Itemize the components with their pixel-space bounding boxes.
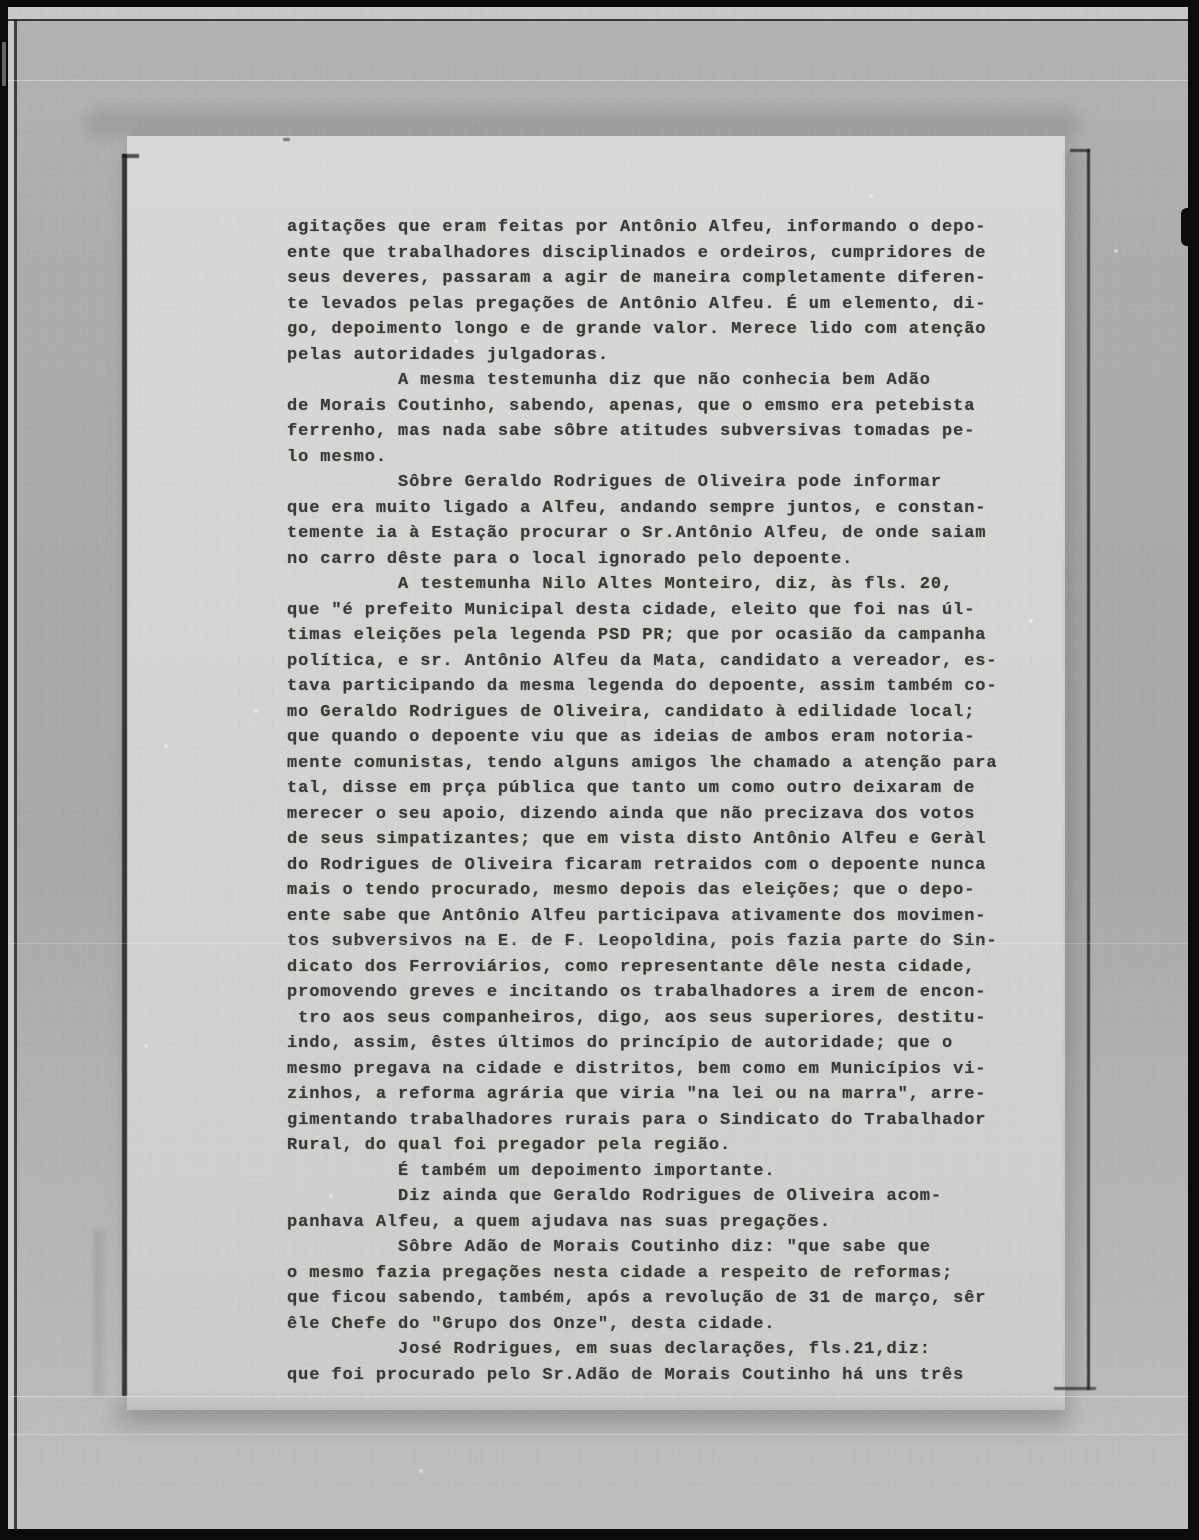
backsheet-corner-bottom-right bbox=[1054, 1387, 1096, 1390]
film-scratch bbox=[0, 943, 1199, 944]
ink-speck bbox=[283, 138, 290, 141]
backsheet-shadow-left bbox=[93, 1230, 105, 1396]
film-scratch bbox=[0, 1396, 1199, 1397]
document-text: agitações que eram feitas por Antônio Al… bbox=[287, 215, 998, 1388]
film-edge-left bbox=[0, 0, 8, 1540]
backsheet-shadow-right bbox=[1065, 150, 1087, 1390]
film-scratch bbox=[0, 1434, 1199, 1435]
page-top-shadow bbox=[86, 110, 1081, 138]
film-edge-top bbox=[0, 0, 1199, 7]
film-edge-blemish bbox=[1181, 208, 1199, 246]
backsheet-edge-left bbox=[122, 154, 127, 1396]
frame-line-top bbox=[8, 19, 1199, 21]
backsheet-edge-right bbox=[1087, 149, 1090, 1390]
film-edge-notch bbox=[2, 42, 6, 86]
film-edge-bottom bbox=[0, 1529, 1199, 1540]
page-bottom-shadow bbox=[110, 1402, 1070, 1428]
film-scratch bbox=[0, 80, 1199, 81]
backsheet-corner-top-right bbox=[1070, 149, 1090, 152]
backsheet-corner-top-left bbox=[122, 154, 139, 158]
frame-line-left bbox=[14, 19, 17, 1532]
scanned-document: agitações que eram feitas por Antônio Al… bbox=[0, 0, 1199, 1540]
